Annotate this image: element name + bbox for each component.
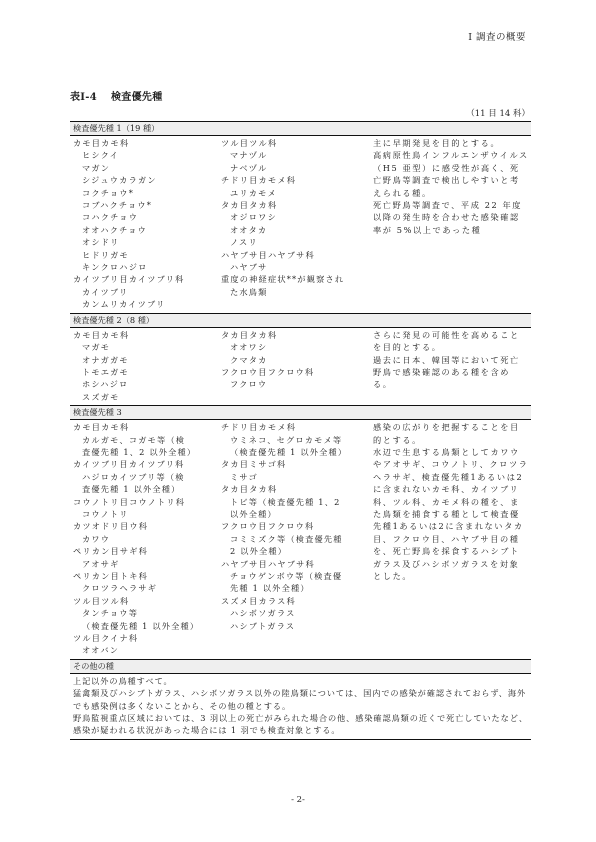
species-name: 先種 1 以外全種） — [221, 582, 371, 594]
species-name: オオタカ — [221, 224, 371, 236]
table-note: （11 目 14 科） — [466, 107, 530, 119]
species-column: カモ目カモ科ヒシクイマガンシジュウカラガンコクチョウ*コブハクチョウ*コハクチョ… — [70, 137, 221, 311]
species-name: トビ等（検査優先種 1、2 — [221, 496, 371, 508]
priority-species-table: 検査優先種 1（19 種）カモ目カモ科ヒシクイマガンシジュウカラガンコクチョウ*… — [70, 121, 531, 740]
taxon-family: ツル目クイナ科 — [73, 632, 221, 644]
species-name: ウミネコ、セグロカモメ等 — [221, 434, 371, 446]
running-header: Ⅰ 調査の概要 — [468, 29, 526, 43]
species-name: ハシブトガラス — [221, 620, 371, 632]
section-heading: 検査優先種 2（8 種） — [70, 314, 531, 328]
species-name: フクロウ — [221, 378, 371, 390]
other-paragraph: 野鳥監視重点区域においては、3 羽以上の死亡がみられた場合の他、感染確認鳥類の近… — [73, 712, 528, 737]
species-name: コブハクチョウ* — [73, 199, 221, 211]
page-number: - 2- — [0, 795, 596, 805]
taxon-family: コウノトリ目コウノトリ科 — [73, 496, 221, 508]
taxon-family: タカ目ミサゴ科 — [221, 458, 371, 470]
taxon-family: フクロウ目フクロウ科 — [221, 520, 371, 532]
species-name: （検査優先種 1 以外全種） — [221, 446, 371, 458]
taxon-family: カモ目カモ科 — [73, 329, 221, 341]
species-name: オシドリ — [73, 236, 221, 248]
species-name: カワウ — [73, 533, 221, 545]
species-name: ハシボソガラス — [221, 607, 371, 619]
species-name: ユリカモメ — [221, 187, 371, 199]
species-name: オオハクチョウ — [73, 224, 221, 236]
taxon-family: フクロウ目フクロウ科 — [221, 366, 371, 378]
description-paragraph: 水辺で生息する鳥類としてカワウやアオサギ、コウノトリ、クロツラヘラサギ、検査優先… — [373, 446, 529, 582]
purpose-description: 感染の広がりを把握することを目的とする。水辺で生息する鳥類としてカワウやアオサギ… — [371, 421, 529, 657]
section-heading: 検査優先種 1（19 種） — [70, 122, 531, 136]
species-name: オナガガモ — [73, 354, 221, 366]
species-name: ナベヅル — [221, 162, 371, 174]
species-column: カモ目カモ科マガモオナガガモトモエガモホシハジロスズガモ — [70, 329, 221, 403]
other-paragraph: 上記以外の鳥種すべて。 — [73, 675, 528, 687]
species-name: ミサゴ — [221, 471, 371, 483]
species-name: キンクロハジロ — [73, 261, 221, 273]
species-name: マガモ — [73, 341, 221, 353]
species-name: ハヤブサ — [221, 261, 371, 273]
species-name: 査優先種 1 以外全種） — [73, 483, 221, 495]
purpose-description: さらに発見の可能性を高めることを目的とする。過去に日本、韓国等において死亡野鳥で… — [371, 329, 529, 403]
species-name: 以外全種） — [221, 508, 371, 520]
species-name: スズガモ — [73, 391, 221, 403]
species-name: ヒドリガモ — [73, 249, 221, 261]
taxon-family: カイツブリ目カイツブリ科 — [73, 273, 221, 285]
taxon-family: カモ目カモ科 — [73, 421, 221, 433]
purpose-description: 主に早期発見を目的とする。高病原性鳥インフルエンザウイルス（H5 亜型）に感受性… — [371, 137, 529, 311]
species-name: オオバン — [73, 644, 221, 656]
species-name: 2 以外全種） — [221, 545, 371, 557]
other-paragraph: 猛禽類及びハシブトガラス、ハシボソガラス以外の陸鳥類については、国内での感染が確… — [73, 687, 528, 712]
species-name: カンムリカイツブリ — [73, 298, 221, 310]
species-name: コクチョウ* — [73, 187, 221, 199]
section-priority-2: 検査優先種 2（8 種）カモ目カモ科マガモオナガガモトモエガモホシハジロスズガモ… — [70, 314, 531, 406]
species-name: （検査優先種 1 以外全種） — [73, 620, 221, 632]
section-priority-3: 検査優先種 3カモ目カモ科カルガモ、コガモ等（検査優先種 1、2 以外全種）カイ… — [70, 406, 531, 660]
species-name: ノスリ — [221, 236, 371, 248]
description-paragraph: 死亡野鳥等調査で、平成 22 年度以降の発生時を合わせた感染確認率が 5%以上で… — [373, 199, 529, 236]
taxon-family: カイツブリ目カイツブリ科 — [73, 458, 221, 470]
section-priority-1: 検査優先種 1（19 種）カモ目カモ科ヒシクイマガンシジュウカラガンコクチョウ*… — [70, 122, 531, 314]
species-name: ハジロカイツブリ等（検 — [73, 471, 221, 483]
species-name: 査優先種 1、2 以外全種） — [73, 446, 221, 458]
species-name: アオサギ — [73, 558, 221, 570]
taxon-family: カツオドリ目ウ科 — [73, 520, 221, 532]
species-name: オオワシ — [221, 341, 371, 353]
description-paragraph: 高病原性鳥インフルエンザウイルス（H5 亜型）に感受性が高く、死亡野鳥等調査で検… — [373, 149, 529, 199]
species-name: クマタカ — [221, 354, 371, 366]
taxon-family: ツル目ツル科 — [73, 595, 221, 607]
section-body: カモ目カモ科マガモオナガガモトモエガモホシハジロスズガモタカ目タカ科オオワシクマ… — [70, 328, 531, 406]
section-other-body: 上記以外の鳥種すべて。猛禽類及びハシブトガラス、ハシボソガラス以外の陸鳥類につい… — [70, 674, 531, 740]
table-title: 表Ⅰ-4検査優先種 — [70, 88, 163, 103]
species-name: チョウゲンボウ等（検査優 — [221, 570, 371, 582]
taxon-family: ペリカン目サギ科 — [73, 545, 221, 557]
species-name: ホシハジロ — [73, 378, 221, 390]
taxon-family: タカ目タカ科 — [221, 329, 371, 341]
taxon-family: カモ目カモ科 — [73, 137, 221, 149]
species-name: マガン — [73, 162, 221, 174]
species-name: コミミズク等（検査優先種 — [221, 533, 371, 545]
species-name: コウノトリ — [73, 508, 221, 520]
taxon-family: ハヤブサ目ハヤブサ科 — [221, 249, 371, 261]
description-paragraph: 過去に日本、韓国等において死亡野鳥で感染確認のある種を含める。 — [373, 354, 529, 391]
species-column: カモ目カモ科カルガモ、コガモ等（検査優先種 1、2 以外全種）カイツブリ目カイツ… — [70, 421, 221, 657]
species-name: トモエガモ — [73, 366, 221, 378]
table-number: 表Ⅰ-4 — [70, 92, 97, 103]
species-name: マナヅル — [221, 149, 371, 161]
table-caption: 検査優先種 — [111, 92, 163, 103]
taxon-family: タカ目タカ科 — [221, 483, 371, 495]
description-paragraph: 感染の広がりを把握することを目的とする。 — [373, 421, 529, 446]
section-body: カモ目カモ科カルガモ、コガモ等（検査優先種 1、2 以外全種）カイツブリ目カイツ… — [70, 420, 531, 660]
species-column: タカ目タカ科オオワシクマタカフクロウ目フクロウ科フクロウ — [221, 329, 371, 403]
species-column: チドリ目カモメ科ウミネコ、セグロカモメ等（検査優先種 1 以外全種）タカ目ミサゴ… — [221, 421, 371, 657]
section-heading: 検査優先種 3 — [70, 406, 531, 420]
species-name: タンチョウ等 — [73, 607, 221, 619]
section-other: その他の種 上記以外の鳥種すべて。猛禽類及びハシブトガラス、ハシボソガラス以外の… — [70, 660, 531, 740]
species-name: コハクチョウ — [73, 211, 221, 223]
taxon-family: 重度の神経症状**が観察され — [221, 273, 371, 285]
description-paragraph: 主に早期発見を目的とする。 — [373, 137, 529, 149]
taxon-family: ハヤブサ目ハヤブサ科 — [221, 558, 371, 570]
species-name: カイツブリ — [73, 286, 221, 298]
taxon-family: チドリ目カモメ科 — [221, 421, 371, 433]
species-name: クロツラヘラサギ — [73, 582, 221, 594]
species-name: カルガモ、コガモ等（検 — [73, 434, 221, 446]
species-name: た水鳥類 — [221, 286, 371, 298]
taxon-family: スズメ目カラス科 — [221, 595, 371, 607]
species-name: シジュウカラガン — [73, 174, 221, 186]
taxon-family: タカ目タカ科 — [221, 199, 371, 211]
species-name: オジロワシ — [221, 211, 371, 223]
section-heading: その他の種 — [70, 660, 531, 674]
taxon-family: ツル目ツル科 — [221, 137, 371, 149]
section-body: カモ目カモ科ヒシクイマガンシジュウカラガンコクチョウ*コブハクチョウ*コハクチョ… — [70, 136, 531, 314]
taxon-family: チドリ目カモメ科 — [221, 174, 371, 186]
taxon-family: ペリカン目トキ科 — [73, 570, 221, 582]
species-column: ツル目ツル科マナヅルナベヅルチドリ目カモメ科ユリカモメタカ目タカ科オジロワシオオ… — [221, 137, 371, 311]
description-paragraph: さらに発見の可能性を高めることを目的とする。 — [373, 329, 529, 354]
species-name: ヒシクイ — [73, 149, 221, 161]
